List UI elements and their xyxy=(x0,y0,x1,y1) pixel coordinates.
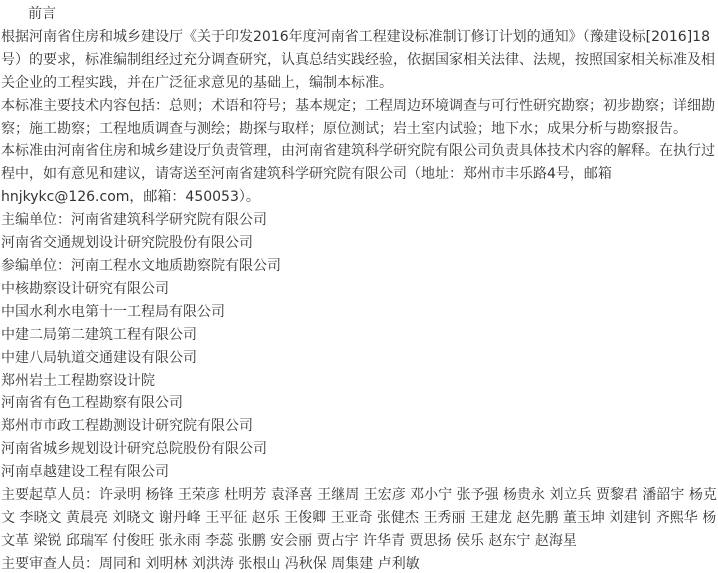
unit-line: 河南省有色工程勘察有限公司 xyxy=(0,392,718,415)
reviewers-line: 主要审查人员：周同和 刘明林 刘洪涛 张根山 冯秋保 周集建 卢利敏 xyxy=(0,553,718,573)
unit-line-chief-editor: 主编单位：河南省建筑科学研究院有限公司 xyxy=(0,209,718,232)
drafters-line: 主要起草人员：许录明 杨锋 王荣彦 杜明芳 袁泽喜 王继周 王宏彦 邓小宁 张予… xyxy=(0,484,718,553)
preface-title: 前言 xyxy=(0,3,718,26)
unit-line: 河南卓越建设工程有限公司 xyxy=(0,461,718,484)
paragraph-management: 本标准由河南省住房和城乡建设厅负责管理，由河南省建筑科学研究院有限公司负责具体技… xyxy=(0,140,718,209)
unit-line: 郑州市市政工程勘测设计研究院有限公司 xyxy=(0,415,718,438)
unit-line: 中建八局轨道交通建设有限公司 xyxy=(0,347,718,370)
unit-line: 河南省交通规划设计研究院股份有限公司 xyxy=(0,232,718,255)
unit-line: 郑州岩土工程勘察设计院 xyxy=(0,370,718,393)
unit-line: 中核勘察设计研究有限公司 xyxy=(0,278,718,301)
unit-line: 河南省城乡规划设计研究总院股份有限公司 xyxy=(0,438,718,461)
document-page: 前言 根据河南省住房和城乡建设厅《关于印发2016年度河南省工程建设标准制订修订… xyxy=(0,0,718,573)
unit-line-co-editor: 参编单位：河南工程水文地质勘察院有限公司 xyxy=(0,255,718,278)
unit-line: 中建二局第二建筑工程有限公司 xyxy=(0,324,718,347)
paragraph-intro: 根据河南省住房和城乡建设厅《关于印发2016年度河南省工程建设标准制订修订计划的… xyxy=(0,26,718,95)
paragraph-contents: 本标准主要技术内容包括：总则；术语和符号；基本规定；工程周边环境调查与可行性研究… xyxy=(0,95,718,141)
unit-line: 中国水利水电第十一工程局有限公司 xyxy=(0,301,718,324)
